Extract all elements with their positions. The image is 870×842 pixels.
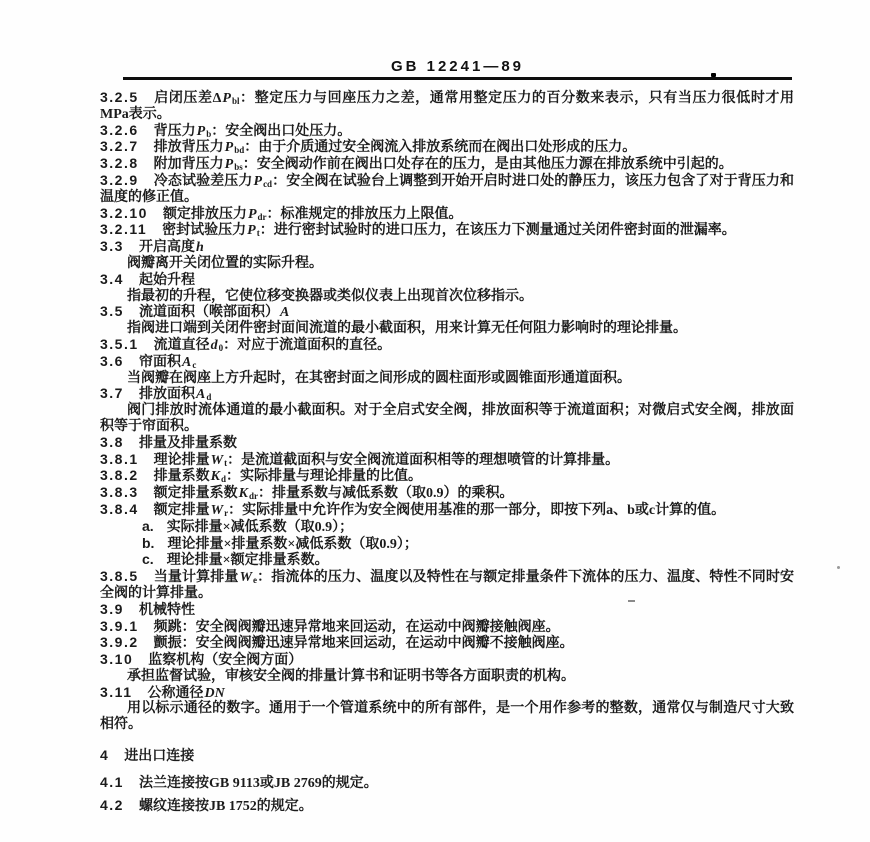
section-text: 理论排量×排量系数×减低系数（取0.9）； (167, 537, 417, 552)
section-paragraph: b.理论排量×排量系数×减低系数（取0.9）； (100, 536, 794, 553)
section-3.3: 3.3开启高度h (100, 239, 794, 256)
section-3.2.8: 3.2.8附加背压力Pbs：安全阀动作前在阀出口处存在的压力，是由其他压力源在排… (100, 156, 794, 173)
section-text: 颤振：安全阀阀瓣迅速异常地来回运动，在运动中阀瓣不接触阀座。 (154, 636, 574, 651)
section-number: 3.8.4 (100, 501, 139, 517)
section-text: 开启高度h (139, 240, 205, 255)
section-3.2.11: 3.2.11密封试验压力Pt：进行密封试验时的进口压力，在该压力下测量通过关闭件… (100, 222, 794, 239)
section-text: 额定排量Wr：实际排量中允许作为安全阀使用基准的那一部分，即按下列a、b或c计算… (154, 503, 725, 518)
section-text: 帘面积Ac (139, 355, 196, 370)
section-3.2.10: 3.2.10额定排放压力Pdr：标准规定的排放压力上限值。 (100, 206, 794, 223)
section-3.9.2: 3.9.2颤振：安全阀阀瓣迅速异常地来回运动，在运动中阀瓣不接触阀座。 (100, 635, 794, 652)
section-text: 用以标示通径的数字。通用于一个管道系统中的所有部件，是一个用作参考的整数，通常仅… (100, 701, 794, 732)
document-number: GB 12241—89 (123, 58, 792, 75)
section-3.2.6: 3.2.6背压力Pb：安全阀出口处压力。 (100, 123, 794, 140)
section-3.2.5: 3.2.5启闭压差ΔPbl：整定压力与回座压力之差，通常用整定压力的百分数来表示… (100, 90, 794, 123)
section-3.9.1: 3.9.1频跳：安全阀阀瓣迅速异常地来回运动，在运动中阀瓣接触阀座。 (100, 619, 794, 636)
section-3.5.1: 3.5.1流道直径d0：对应于流道面积的直径。 (100, 337, 794, 354)
section-text: 额定排量系数Kdr：排量系数与减低系数（取0.9）的乘积。 (154, 486, 514, 501)
section-text: 指阀进口端到关闭件密封面间流道的最小截面积，用来计算无任何阻力影响时的理论排量。 (127, 321, 687, 336)
section-number: 3.8 (100, 434, 124, 450)
section-number: 4.1 (100, 774, 124, 790)
section-text: 理论排量×额定排量系数。 (167, 553, 329, 568)
section-text: 冷态试验差压力Pcd：安全阀在试验台上调整到开始开启时进口处的静压力，该压力包含… (100, 174, 794, 205)
section-text: 实际排量×减低系数（取0.9）； (167, 520, 353, 535)
section-text: 流道面积（喉部面积）A (139, 305, 290, 320)
list-item-label: c. (142, 551, 154, 567)
section-3.8: 3.8排量及排量系数 (100, 435, 794, 452)
section-paragraph: 指最初的升程，它使位移变换器或类似仪表上出现首次位移指示。 (100, 289, 794, 305)
section-number: 4.2 (100, 797, 124, 813)
section-text: 理论排量Wt：是流道截面积与安全阀流道面积相等的理想喷管的计算排量。 (154, 453, 619, 468)
section-paragraph: 用以标示通径的数字。通用于一个管道系统中的所有部件，是一个用作参考的整数，通常仅… (100, 701, 794, 733)
section-text: 承担监督试验，审核安全阀的排量计算书和证明书等各方面职责的机构。 (127, 669, 575, 684)
section-3.11: 3.11公称通径DN (100, 685, 794, 702)
section-number: 3.4 (100, 271, 124, 287)
section-number: 3.10 (100, 651, 133, 667)
section-3.8.5: 3.8.5当量计算排量We：指流体的压力、温度以及特性在与额定排量条件下流体的压… (100, 569, 794, 602)
section-number: 3.2.11 (100, 221, 147, 237)
section-3.10: 3.10监察机构（安全阀方面） (100, 652, 794, 669)
section-number: 3.7 (100, 385, 124, 401)
section-number: 3.11 (100, 684, 132, 700)
section-paragraph: 当阀瓣在阀座上方升起时，在其密封面之间形成的圆柱面形或圆锥面形通道面积。 (100, 371, 794, 387)
document-body: 3.2.5启闭压差ΔPbl：整定压力与回座压力之差，通常用整定压力的百分数来表示… (100, 90, 794, 814)
section-text: 监察机构（安全阀方面） (148, 653, 302, 668)
section-number: 3.6 (100, 353, 124, 369)
ink-speck (837, 566, 840, 569)
section-text: 当阀瓣在阀座上方升起时，在其密封面之间形成的圆柱面形或圆锥面形通道面积。 (127, 371, 631, 386)
section-text: 阀门排放时流体通道的最小截面积。对于全启式安全阀，排放面积等于流道面积；对微启式… (100, 403, 794, 434)
section-3.9: 3.9机械特性 (100, 602, 794, 619)
section-number: 3.9.1 (100, 618, 139, 634)
section-paragraph: 指阀进口端到关闭件密封面间流道的最小截面积，用来计算无任何阻力影响时的理论排量。 (100, 321, 794, 337)
section-text: 排放背压力Pbd：由于介质通过安全阀流入排放系统而在阀出口处形成的压力。 (154, 140, 637, 155)
section-paragraph: c.理论排量×额定排量系数。 (100, 552, 794, 569)
header-rule (123, 77, 792, 80)
section-number: 3.3 (100, 238, 124, 254)
section-3.8.3: 3.8.3额定排量系数Kdr：排量系数与减低系数（取0.9）的乘积。 (100, 485, 794, 502)
section-number: 3.2.6 (100, 122, 139, 138)
section-text: 当量计算排量We：指流体的压力、温度以及特性在与额定排量条件下流体的压力、温度、… (100, 570, 794, 601)
section-number: 3.2.7 (100, 138, 139, 154)
section-number: 3.5.1 (100, 336, 139, 352)
section-number: 3.2.9 (100, 172, 139, 188)
section-text: 进出口连接 (124, 749, 194, 764)
section-paragraph: 承担监督试验，审核安全阀的排量计算书和证明书等各方面职责的机构。 (100, 669, 794, 685)
section-text: 公称通径DN (147, 686, 225, 701)
section-text: 排量系数Kd：实际排量与理论排量的比值。 (154, 469, 422, 484)
section-3.2.9: 3.2.9冷态试验差压力Pcd：安全阀在试验台上调整到开始开启时进口处的静压力，… (100, 173, 794, 206)
section-number: 3.9.2 (100, 634, 139, 650)
section-3.6: 3.6帘面积Ac (100, 354, 794, 371)
section-number: 3.9 (100, 601, 124, 617)
section-paragraph: 阀瓣离开关闭位置的实际升程。 (100, 256, 794, 272)
section-text: 流道直径d0：对应于流道面积的直径。 (154, 338, 392, 353)
section-3.4: 3.4起始升程 (100, 272, 794, 289)
section-number: 3.5 (100, 303, 124, 319)
section-text: 法兰连接按GB 9113或JB 2769的规定。 (139, 776, 378, 791)
section-text: 排量及排量系数 (139, 436, 237, 451)
section-number: 3.2.5 (100, 89, 139, 105)
section-number: 3.8.3 (100, 484, 139, 500)
list-item-label: a. (142, 518, 154, 534)
section-text: 背压力Pb：安全阀出口处压力。 (154, 124, 352, 139)
list-item-label: b. (142, 535, 154, 551)
section-text: 起始升程 (139, 273, 195, 288)
section-4.1: 4.1法兰连接按GB 9113或JB 2769的规定。 (100, 775, 794, 792)
section-text: 额定排放压力Pdr：标准规定的排放压力上限值。 (163, 207, 463, 222)
section-paragraph: a.实际排量×减低系数（取0.9）； (100, 519, 794, 536)
section-3.8.2: 3.8.2排量系数Kd：实际排量与理论排量的比值。 (100, 468, 794, 485)
section-3.8.4: 3.8.4额定排量Wr：实际排量中允许作为安全阀使用基准的那一部分，即按下列a、… (100, 502, 794, 519)
section-4: 4进出口连接 (100, 748, 794, 765)
section-3.5: 3.5流道面积（喉部面积）A (100, 304, 794, 321)
section-3.2.7: 3.2.7排放背压力Pbd：由于介质通过安全阀流入排放系统而在阀出口处形成的压力… (100, 139, 794, 156)
section-text: 阀瓣离开关闭位置的实际升程。 (127, 256, 323, 271)
section-4.2: 4.2螺纹连接按JB 1752的规定。 (100, 798, 794, 815)
section-number: 3.8.1 (100, 451, 139, 467)
section-text: 指最初的升程，它使位移变换器或类似仪表上出现首次位移指示。 (127, 289, 533, 304)
section-text: 机械特性 (139, 603, 195, 618)
section-3.8.1: 3.8.1理论排量Wt：是流道截面积与安全阀流道面积相等的理想喷管的计算排量。 (100, 452, 794, 469)
section-text: 附加背压力Pbs：安全阀动作前在阀出口处存在的压力，是由其他压力源在排放系统中引… (154, 157, 733, 172)
section-number: 3.2.10 (100, 205, 148, 221)
section-paragraph: 阀门排放时流体通道的最小截面积。对于全启式安全阀，排放面积等于流道面积；对微启式… (100, 403, 794, 435)
section-text: 启闭压差ΔPbl：整定压力与回座压力之差，通常用整定压力的百分数来表示，只有当压… (100, 91, 794, 122)
section-number: 3.8.5 (100, 568, 139, 584)
section-text: 排放面积Ad (139, 387, 211, 402)
section-3.7: 3.7排放面积Ad (100, 386, 794, 403)
section-number: 3.8.2 (100, 467, 139, 483)
ink-speck (711, 73, 716, 77)
section-text: 密封试验压力Pt：进行密封试验时的进口压力，在该压力下测量通过关闭件密封面的泄漏… (162, 223, 736, 238)
standard-document-page: GB 12241—89 3.2.5启闭压差ΔPbl：整定压力与回座压力之差，通常… (0, 0, 870, 842)
section-number: 4 (100, 747, 109, 763)
section-number: 3.2.8 (100, 155, 139, 171)
section-text: 螺纹连接按JB 1752的规定。 (139, 799, 313, 814)
section-text: 频跳：安全阀阀瓣迅速异常地来回运动，在运动中阀瓣接触阀座。 (154, 620, 560, 635)
